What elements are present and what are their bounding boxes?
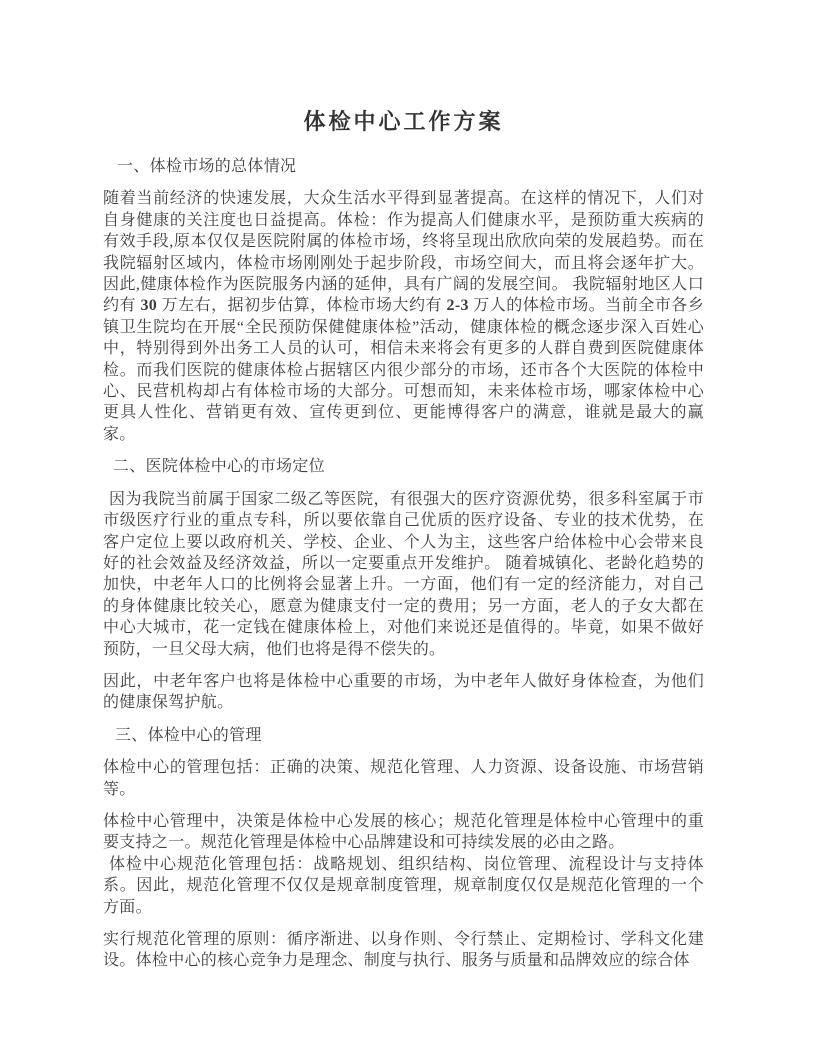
section-2-paragraph-1: 因为我院当前属于国家二级乙等医院，有很强大的医疗资源优势，很多科室属于市市级医疗… [103,489,704,660]
paragraph-text: 随着当前经济的快速发展，大众生活水平得到显著提高。在这样的情况下，人们对自身健康… [103,190,704,314]
section-1-paragraph-1: 随着当前经济的快速发展，大众生活水平得到显著提高。在这样的情况下，人们对自身健康… [103,188,704,445]
section-1-heading: 一、体检市场的总体情况 [103,156,704,177]
section-3-paragraph-2-line-2: 体检中心规范化管理包括：战略规划、组织结构、岗位管理、流程设计与支持体系。因此，… [103,854,704,918]
document-title: 体检中心工作方案 [103,106,704,138]
bold-number-population: 30 [141,297,158,314]
section-3-paragraph-2: 体检中心管理中，决策是体检中心发展的核心；规范化管理是体检中心管理中的重要支持之… [103,811,704,918]
section-3-heading: 三、体检中心的管理 [103,725,704,746]
section-2-paragraph-2: 因此，中老年客户也将是体检中心重要的市场，为中老年人做好身体检查，为他们的健康保… [103,671,704,714]
bold-number-market-size: 2-3 [447,297,469,314]
section-3-paragraph-3: 实行规范化管理的原则：循序渐进、以身作则、令行禁止、定期检讨、学科文化建设。体检… [103,929,704,972]
section-3-paragraph-2-line-1: 体检中心管理中，决策是体检中心发展的核心；规范化管理是体检中心管理中的重要支持之… [103,811,704,854]
paragraph-text: 万人的体检市场。当前全市各乡镇卫生院均在开展“全民预防保健健康体检”活动，健康体… [103,297,704,442]
section-2-heading: 二、医院体检中心的市场定位 [103,456,704,477]
paragraph-text: 万左右，据初步估算，体检市场大约有 [157,297,446,314]
section-3-paragraph-1: 体检中心的管理包括：正确的决策、规范化管理、人力资源、设备设施、市场营销等。 [103,757,704,800]
document-page: 体检中心工作方案 一、体检市场的总体情况 随着当前经济的快速发展，大众生活水平得… [0,0,816,1056]
